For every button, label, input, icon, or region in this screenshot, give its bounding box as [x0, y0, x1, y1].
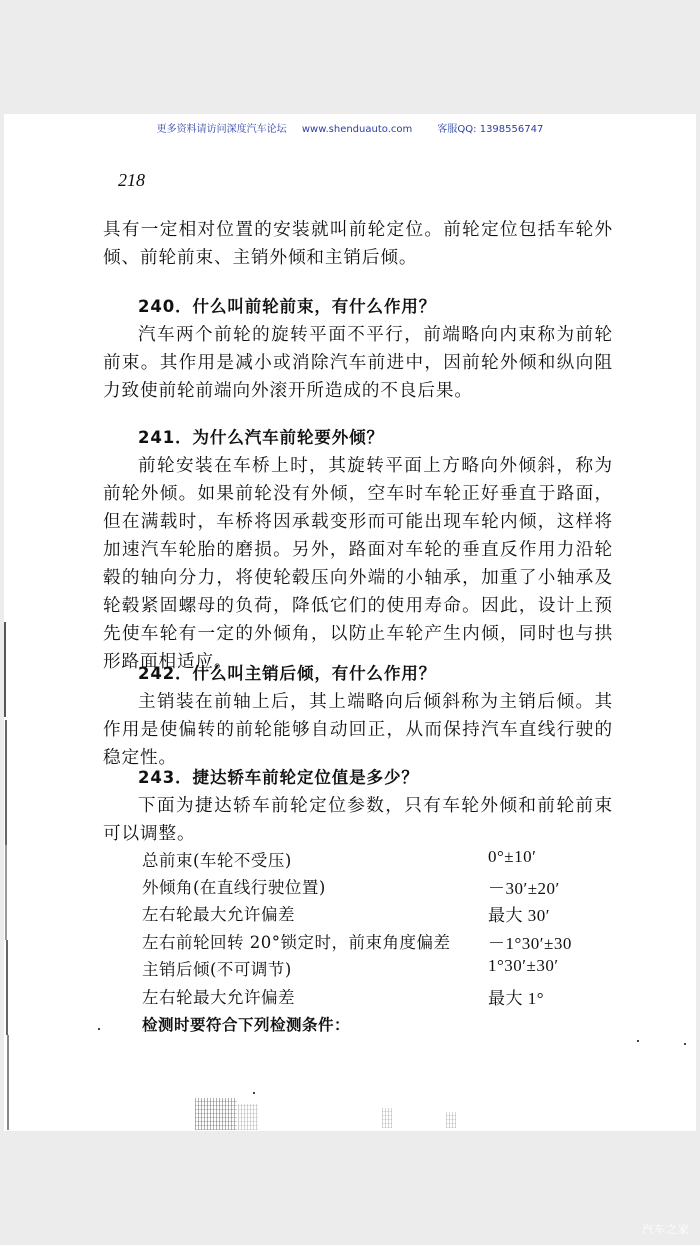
spec-value: 最大 1°: [488, 984, 544, 1009]
scan-noise: [195, 1098, 237, 1130]
closing-line: 检测时要符合下列检测条件：: [142, 1013, 350, 1035]
scan-noise: [238, 1104, 258, 1130]
answer-paragraph: 下面为捷达轿车前轮定位参数，只有车轮外倾和前轮前束可以调整。: [103, 792, 613, 848]
spec-value: 1°30′±30′: [488, 956, 559, 976]
spec-row: 左右轮最大允许偏差 最大 1°: [142, 984, 612, 1010]
header-banner: 更多资料请访问深度汽车论坛 www.shenduauto.com 客服QQ: 1…: [0, 120, 700, 135]
service-qq: 客服QQ: 1398556747: [437, 124, 543, 135]
spec-label: 总前束(车轮不受压): [142, 847, 292, 871]
spec-row: 主销后倾(不可调节) 1°30′±30′: [142, 956, 612, 982]
spec-row: 外倾角(在直线行驶位置) －30′±20′: [142, 874, 612, 900]
scan-noise: [382, 1108, 392, 1128]
scan-speck: [637, 1040, 639, 1042]
page-number: 218: [118, 170, 145, 191]
spec-row: 总前束(车轮不受压) 0°±10′: [142, 847, 612, 873]
spec-value: 最大 30′: [488, 901, 550, 926]
spec-label: 外倾角(在直线行驶位置): [142, 874, 326, 898]
spec-label: 左右轮最大允许偏差: [142, 901, 295, 925]
question-title: 241．为什么汽车前轮要外倾？: [103, 424, 613, 452]
question-title: 242．什么叫主销后倾，有什么作用？: [103, 660, 613, 688]
answer-paragraph: 主销装在前轴上后，其上端略向后倾斜称为主销后倾。其作用是使偏转的前轮能够自动回正…: [103, 688, 613, 772]
site-name: 更多资料请访问深度汽车论坛: [157, 124, 287, 135]
spec-value: －1°30′±30: [488, 929, 572, 954]
scan-speck: [684, 1043, 686, 1045]
answer-paragraph: 汽车两个前轮的旋转平面不平行，前端略向内束称为前轮前束。其作用是减小或消除汽车前…: [103, 321, 613, 405]
watermark: 汽车之家: [642, 1221, 690, 1237]
spec-value: －30′±20′: [488, 874, 560, 899]
spec-label: 主销后倾(不可调节): [142, 956, 292, 980]
section-241: 241．为什么汽车前轮要外倾？ 前轮安装在车桥上时，其旋转平面上方略向外倾斜，称…: [103, 424, 613, 676]
section-240: 240．什么叫前轮前束，有什么作用？ 汽车两个前轮的旋转平面不平行，前端略向内束…: [103, 293, 613, 405]
scan-edge-line: [5, 845, 7, 940]
paragraph-text: 具有一定相对位置的安装就叫前轮定位。前轮定位包括车轮外倾、前轮前束、主销外倾和主…: [103, 216, 613, 272]
answer-paragraph: 前轮安装在车桥上时，其旋转平面上方略向外倾斜，称为前轮外倾。如果前轮没有外倾，空…: [103, 452, 613, 676]
question-title: 240．什么叫前轮前束，有什么作用？: [103, 293, 613, 321]
site-url: www.shenduauto.com: [302, 124, 412, 135]
spec-row: 左右轮最大允许偏差 最大 30′: [142, 901, 612, 927]
scan-edge-line: [5, 720, 7, 845]
spec-label: 左右轮最大允许偏差: [142, 984, 295, 1008]
scan-edge-line: [4, 622, 6, 717]
section-242: 242．什么叫主销后倾，有什么作用？ 主销装在前轴上后，其上端略向后倾斜称为主销…: [103, 660, 613, 772]
scan-speck: [253, 1092, 255, 1094]
spec-row: 左右前轮回转 20°锁定时，前束角度偏差 －1°30′±30: [142, 929, 612, 955]
section-243: 243．捷达轿车前轮定位值是多少？ 下面为捷达轿车前轮定位参数，只有车轮外倾和前…: [103, 764, 613, 848]
spec-label: 左右前轮回转 20°锁定时，前束角度偏差: [142, 929, 451, 953]
scan-speck: [98, 1028, 100, 1030]
scan-edge-line: [7, 1035, 9, 1130]
scan-noise: [446, 1112, 456, 1128]
continuation-paragraph: 具有一定相对位置的安装就叫前轮定位。前轮定位包括车轮外倾、前轮前束、主销外倾和主…: [103, 216, 613, 272]
spec-value: 0°±10′: [488, 847, 536, 867]
scan-edge-line: [6, 940, 8, 1035]
question-title: 243．捷达轿车前轮定位值是多少？: [103, 764, 613, 792]
